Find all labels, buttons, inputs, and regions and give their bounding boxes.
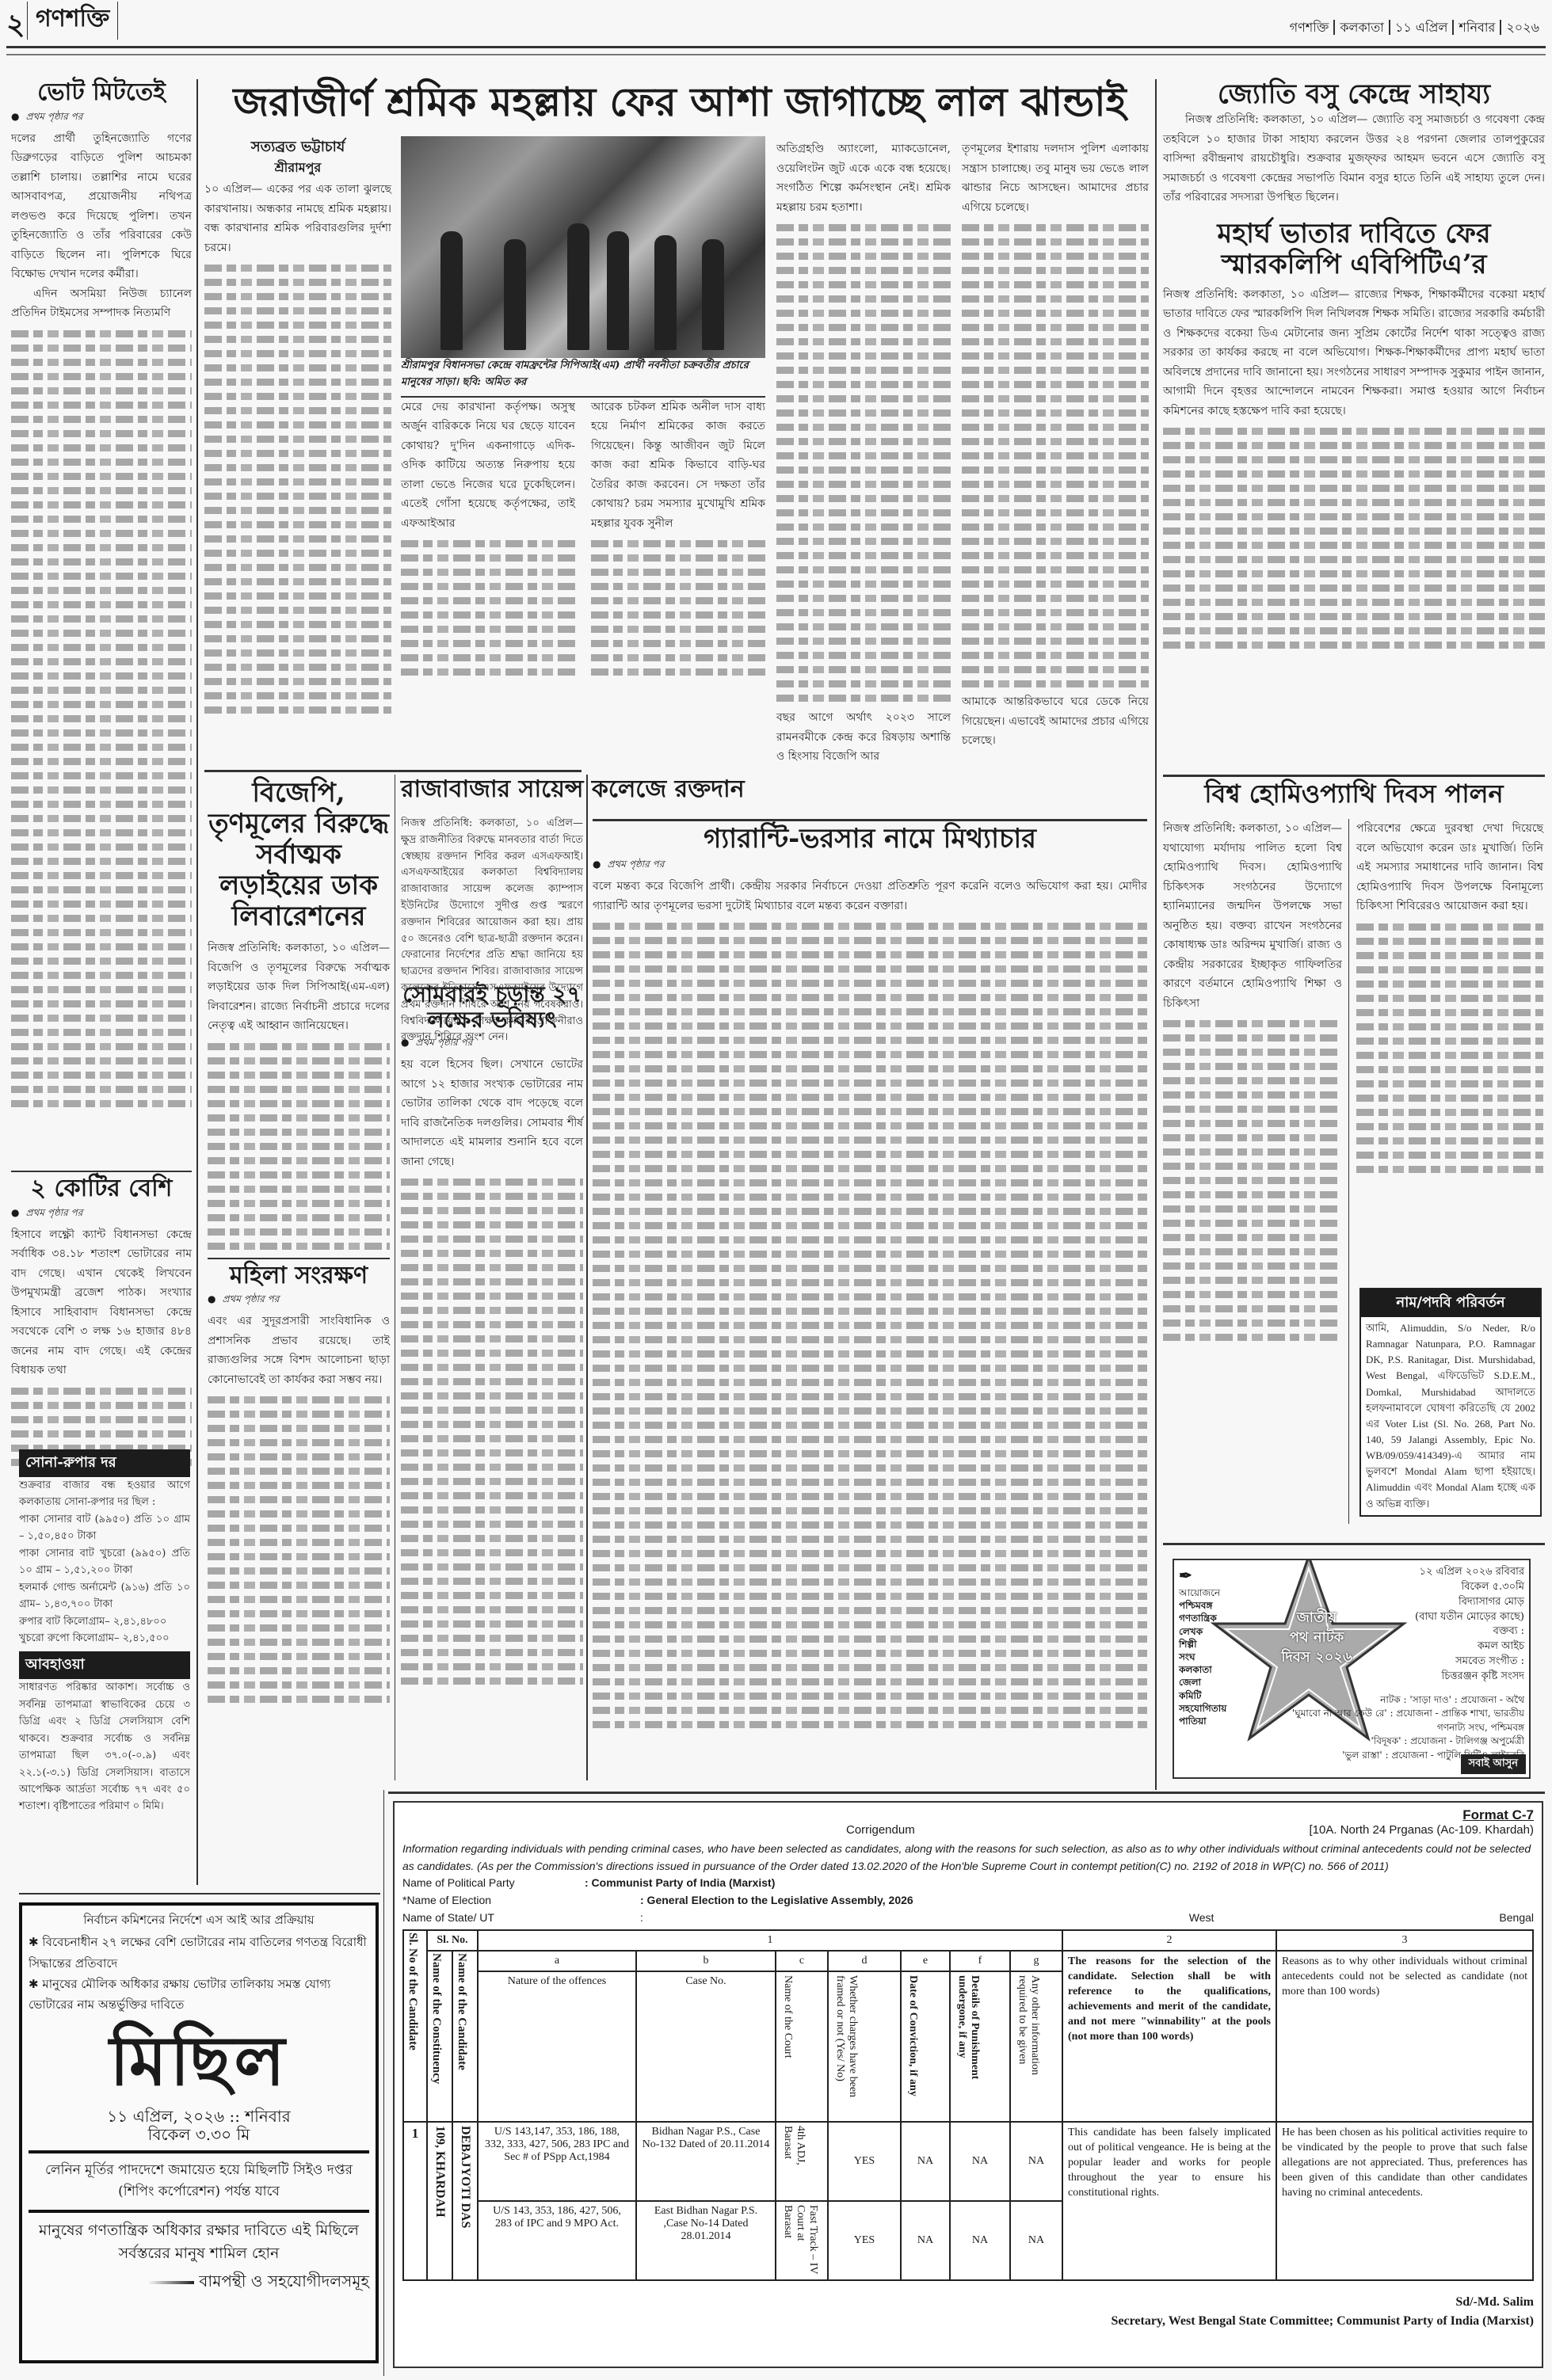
- dateline-paper: গণশক্তি: [1285, 20, 1336, 35]
- header-conviction-date: Date of Conviction, if any: [906, 1975, 919, 2096]
- notice-description: Information regarding individuals with p…: [402, 1841, 1534, 1875]
- divider: [29, 2150, 369, 2153]
- asterisk-icon: ✱: [29, 1935, 39, 1949]
- cell-other: NA: [1010, 2201, 1062, 2280]
- criminal-antecedents-notice: Format C-7 Corrigendum [10A. North 24 Pr…: [393, 1801, 1543, 2368]
- column-rule: [586, 775, 588, 1780]
- continued-from-front: প্রথম পৃষ্ঠার পর: [401, 1036, 583, 1052]
- dateline-year: ২০২৬: [1501, 20, 1544, 35]
- story-crore-headline: ২ কোটির বেশি: [11, 1175, 192, 1203]
- gold-rate-3: হলমার্ক গোল্ড অর্নামেন্ট (৯১৬) প্রতি ১০ …: [19, 1579, 190, 1613]
- organizer-line: শিল্পী: [1179, 1638, 1234, 1651]
- header-other-info: Any other information required to be giv…: [1016, 1975, 1041, 2110]
- organizer-line: জেলা: [1179, 1676, 1234, 1689]
- header-letter-e: e: [901, 1951, 950, 1971]
- dateline-day: শনিবার: [1454, 20, 1501, 35]
- byline: সত্যব্রত ভট্টাচার্য: [204, 139, 391, 156]
- page-number: ২: [6, 3, 25, 51]
- field-label: Name of State/ UT: [402, 1910, 640, 1927]
- place: শ্রীরামপুর: [204, 161, 391, 175]
- guarantee-headline: গ্যারান্টি-ভরসার নামে মিথ্যাচার: [593, 824, 1147, 855]
- organizer-line: সহযোগিতায়: [1179, 1702, 1234, 1715]
- cell-offences: U/S 143, 353, 186, 427, 506, 283 of IPC …: [478, 2201, 636, 2280]
- dateline-city: কলকাতা: [1335, 20, 1390, 35]
- rally-appeal: মানুষের গণতান্ত্রিক অধিকার রক্ষার দাবিতে…: [29, 2219, 369, 2266]
- monday-text: হয় বলে হিসেব ছিল। সেখানে ভোটের আগে ১২ হ…: [401, 1055, 583, 1171]
- gold-rate-1: পাকা সোনার বাট (৯৯৫০) প্রতি ১০ গ্রাম – ১…: [19, 1511, 190, 1545]
- play-list: নাটক : 'সাড়া দাও' : প্রযোজনা - অথৈ 'ঘুম…: [1287, 1693, 1524, 1762]
- continued-from-front: প্রথম পৃষ্ঠার পর: [11, 1206, 192, 1222]
- gold-rate-box: সোনা-রুপার দর শুক্রবার বাজার বন্ধ হওয়ার…: [19, 1449, 190, 1815]
- theatre-ad: ✒ আয়োজনে পশ্চিমবঙ্গ গণতান্ত্রিক লেখক শি…: [1173, 1559, 1531, 1779]
- event-details: ১২ এপ্রিল ২০২৬ রবিবার বিকেল ৫.৩০মি বিদ্য…: [1350, 1565, 1524, 1685]
- name-change-text: আমি, Alimuddin, S/o Neder, R/o Ramnagar …: [1361, 1317, 1540, 1515]
- continued-from-front: প্রথম পৃষ্ঠার পর: [593, 858, 1147, 874]
- header-punishment: Details of Punishment undergone, if any: [955, 1975, 981, 2110]
- main-body-col1: [204, 257, 391, 733]
- header-selection-reason: The reasons for the selection of the can…: [1068, 1955, 1271, 2042]
- column-rule: [196, 79, 198, 1885]
- divider: [593, 819, 1147, 821]
- header-constituency: Name of the Constituency: [429, 1953, 443, 2084]
- main-col-c: অতিগ্রহণ্ডি অ্যাংলো, ম্যাকডোনেল, ওয়েলিং…: [776, 139, 951, 217]
- main-col-a: মেরে দেয় কারখানা কর্তৃপক্ষ। অসুস্থ অর্জ…: [401, 398, 575, 534]
- cell-case-no: East Bidhan Nagar P.S. ,Case No-14 Dated…: [636, 2201, 776, 2280]
- header-group-3: 3: [1276, 1930, 1533, 1951]
- header-letter-c: c: [776, 1951, 828, 1971]
- gold-rate-intro: শুক্রবার বাজার বন্ধ হওয়ার আগে কলকাতায় …: [19, 1477, 190, 1511]
- table-row: 1 109, KHARDAH DEBAJYOTI DAS U/S 143,147…: [403, 2122, 1533, 2201]
- left-column: ভোট মিটতেই প্রথম পৃষ্ঠার পর দলের প্রার্থ…: [11, 79, 192, 1131]
- cell-charges: YES: [828, 2201, 901, 2280]
- name-change-notice: নাম/পদবি পরিবর্তন আমি, Alimuddin, S/o Ne…: [1359, 1288, 1542, 1517]
- rally-time: বিকেল ৩.৩০ মি: [29, 2126, 369, 2144]
- divider: [11, 1171, 192, 1172]
- story-vote-body: [11, 323, 192, 1131]
- header-letter-d: d: [828, 1951, 901, 1971]
- state-name-2: Bengal: [1499, 1910, 1534, 1927]
- header-sl-candidate: Sl. No of the Candidate: [406, 1933, 419, 2051]
- header-case-no: Case No.: [636, 1971, 776, 2122]
- main-story-col4: তৃণমূলের ইশারায় দলদাস পুলিশ এলাকায় সন্…: [962, 139, 1149, 751]
- field-colon: :: [640, 1910, 643, 1927]
- rally-title: মিছিল: [29, 2023, 369, 2101]
- play-item: 'বিদূষক' : প্রযোজনা - টালিগঞ্জ অপুর্মেত্…: [1287, 1735, 1524, 1748]
- divider: [1163, 775, 1545, 777]
- signature: Sd/-Md. Salim: [402, 2295, 1534, 2310]
- masthead: ২ গণশক্তি গণশক্তিকলকাতা১১ এপ্রিলশনিবার২০…: [0, 0, 1552, 63]
- field-label: Name of Political Party: [402, 1875, 585, 1892]
- organizer-line: কলকাতা: [1179, 1663, 1234, 1676]
- mahila-text: এবং এর সুদূরপ্রসারী সাংবিধানিক ও প্রশাসন…: [208, 1312, 390, 1389]
- story-guarantee: গ্যারান্টি-ভরসার নামে মিথ্যাচার প্রথম পৃ…: [593, 824, 1147, 1771]
- column-rule: [1155, 79, 1157, 1790]
- header-letter-a: a: [478, 1951, 636, 1971]
- column-rule: [395, 775, 395, 1780]
- main-col-d: তৃণমূলের ইশারায় দলদাস পুলিশ এলাকায় সন্…: [962, 139, 1149, 217]
- cell-sl: 1: [403, 2122, 427, 2280]
- monday-headline: সোমবারই চূড়ান্ত ২৭ লক্ষের ভবিষ্যৎ: [401, 982, 583, 1033]
- cell-others-reason: He has been chosen as his political acti…: [1276, 2122, 1533, 2280]
- weather-title: আবহাওয়া: [19, 1651, 190, 1679]
- header-nature-offences: Nature of the offences: [478, 1971, 636, 2122]
- field-label: *Name of Election: [402, 1892, 640, 1910]
- guarantee-text: বলে মন্তব্য করে বিজেপি প্রার্থী। কেন্দ্র…: [593, 877, 1147, 916]
- cell-court: 4th ADJ, Barasat: [781, 2126, 807, 2197]
- right-column: জ্যোতি বসু কেন্দ্রে সাহায্য নিজস্ব প্রতি…: [1163, 79, 1545, 658]
- rally-point-text: বিবেচনাধীন ২৭ লক্ষের বেশি ভোটারের নাম বা…: [29, 1935, 367, 1970]
- footer-banner: সবাই আসুন: [1461, 1754, 1526, 1774]
- header-group-1: 1: [478, 1930, 1062, 1951]
- dateline-date: ১১ এপ্রিল: [1390, 20, 1454, 35]
- main-col-d-end: আমাকে আন্তরিকভাবে ঘরে ডেকে নিয়ে গিয়েছে…: [962, 692, 1149, 751]
- main-headline: জরাজীর্ণ শ্রমিক মহল্লায় ফের আশা জাগাচ্ছ…: [204, 79, 1155, 125]
- divider: [1163, 1543, 1545, 1545]
- cell-constituency: 109, KHARDAH: [433, 2126, 447, 2218]
- header-court: Name of the Court: [781, 1975, 794, 2058]
- cell-punishment: NA: [950, 2201, 1010, 2280]
- name-change-title: নাম/পদবি পরিবর্তন: [1361, 1289, 1540, 1317]
- header-letter-b: b: [636, 1951, 776, 1971]
- main-lead: ১০ এপ্রিল— একের পর এক তালা ঝুলছে কারখানা…: [204, 180, 391, 257]
- notice-fields: Name of Political Party: Communist Party…: [402, 1875, 1534, 1926]
- divider: [204, 770, 582, 772]
- abpta-text: নিজস্ব প্রতিনিধি: কলকাতা, ১০ এপ্রিল— রাজ…: [1163, 285, 1545, 421]
- header-sl-no: Sl. No.: [427, 1930, 478, 1951]
- blood-headline: রাজাবাজার সায়েন্স কলেজে রক্তদান: [401, 776, 765, 804]
- divider: [388, 1792, 1545, 1794]
- party-name: : Communist Party of India (Marxist): [585, 1875, 775, 1892]
- mahila-headline: মহিলা সংরক্ষণ: [208, 1258, 390, 1290]
- event-time: বিকেল ৫.৩০মি: [1350, 1580, 1524, 1595]
- dateline: গণশক্তিকলকাতা১১ এপ্রিলশনিবার২০২৬: [1285, 17, 1544, 39]
- asterisk-icon: ✱: [29, 1977, 39, 1991]
- rally-ad: নির্বাচন কমিশনের নির্দেশে এস আই আর প্রক্…: [19, 1902, 379, 2363]
- abpta-headline: মহার্ঘ ভাতার দাবিতে ফের স্মারকলিপি এবিপি…: [1163, 219, 1545, 280]
- organizer-line: লেখক: [1179, 1625, 1234, 1638]
- cell-offences: U/S 143,147, 353, 186, 188, 332, 333, 42…: [478, 2122, 636, 2201]
- rally-signatory-text: বামপন্থী ও সহযোগীদলসমূহ: [199, 2271, 369, 2291]
- continued-from-front: প্রথম পৃষ্ঠার পর: [11, 110, 192, 126]
- organizer-line: সংঘ: [1179, 1651, 1234, 1663]
- constituency-ref: [10A. North 24 Prganas (Ac-109. Khardah): [1310, 1823, 1535, 1837]
- cell-selection-reason: This candidate has been falsely implicat…: [1062, 2122, 1276, 2280]
- story-vote-para: এদিন অসমিয়া নিউজ চ্যানেল প্রতিদিন টাইমস…: [11, 284, 192, 323]
- liberation-headline: বিজেপি, তৃণমূলের বিরুদ্ধে সর্বাত্মক লড়া…: [208, 778, 390, 932]
- blood-donation-wrap: রাজাবাজার সায়েন্স কলেজে রক্তদান: [401, 776, 585, 804]
- story-crore: ২ কোটির বেশি প্রথম পৃষ্ঠার পর হিসাবে লক্…: [11, 1175, 192, 1476]
- organizer-label: আয়োজনে: [1179, 1586, 1234, 1599]
- jyoti-text: নিজস্ব প্রতিনিধি: কলকাতা, ১০ এপ্রিল— জ্য…: [1163, 110, 1545, 208]
- speaker-label: বক্তব্য :: [1350, 1624, 1524, 1639]
- gold-rate-title: সোনা-রুপার দর: [19, 1449, 190, 1477]
- jyoti-headline: জ্যোতি বসু কেন্দ্রে সাহায্য: [1163, 79, 1545, 110]
- story-vote-headline: ভোট মিটতেই: [11, 79, 192, 107]
- organizer-line: গণতান্ত্রিক: [1179, 1612, 1234, 1624]
- homeo-col-a: নিজস্ব প্রতিনিধি: কলকাতা, ১০ এপ্রিল— যথা…: [1163, 819, 1342, 1361]
- rally-point: ✱ মানুষের মৌলিক অধিকার রক্ষায় ভোটার তাল…: [29, 1974, 369, 2016]
- main-story-col1: সত্যব্রত ভট্টাচার্য শ্রীরামপুর ১০ এপ্রিল…: [204, 139, 391, 733]
- homeo-text-b: পরিবেশের ক্ষেত্রে দুরবস্থা দেখা দিয়েছে …: [1356, 819, 1543, 916]
- rally-route: লেনিন মূর্তির পাদদেশে জমায়েত হয়ে মিছিল…: [29, 2160, 369, 2203]
- main-story: জরাজীর্ণ শ্রমিক মহল্লায় ফের আশা জাগাচ্ছ…: [204, 79, 1155, 125]
- cell-punishment: NA: [950, 2122, 1010, 2201]
- organizer-line: কমিটি: [1179, 1689, 1234, 1702]
- main-col-c-end: বছর আগে অর্থাৎ ২০২৩ সালে রামনবমীকে কেন্দ…: [776, 708, 951, 767]
- election-name: : General Election to the Legislative As…: [640, 1892, 913, 1910]
- column-rule: [383, 1790, 384, 2376]
- main-photo-block: শ্রীরামপুর বিধানসভা কেন্দ্রে বামফ্রন্টের…: [401, 136, 765, 676]
- main-col-b: আরেক চটকল শ্রমিক অনীল দাস বাধ্য হয়ে নির…: [591, 398, 765, 534]
- gold-rate-2: পাকা সোনার বাট খুচরো (৯৯৫০) প্রতি ১০ গ্র…: [19, 1545, 190, 1579]
- speaker: কমল আইচ: [1350, 1639, 1524, 1655]
- liberation-text: নিজস্ব প্রতিনিধি: কলকাতা, ১০ এপ্রিল— বিজ…: [208, 939, 390, 1036]
- divider: [19, 1893, 380, 1894]
- continued-from-front: প্রথম পৃষ্ঠার পর: [208, 1293, 390, 1308]
- story-homeopathy: বিশ্ব হোমিওপ্যাথি দিবস পালন: [1163, 779, 1545, 809]
- homeo-headline: বিশ্ব হোমিওপ্যাথি দিবস পালন: [1163, 779, 1545, 809]
- silver-rate-2: খুচরো রুপো কিলোগ্রাম– ২,৪১,৫০০: [19, 1630, 190, 1647]
- signatory-designation: Secretary, West Bengal State Committee; …: [402, 2314, 1534, 2329]
- header-letter-f: f: [950, 1951, 1010, 1971]
- cell-conviction: NA: [901, 2122, 950, 2201]
- play-item: নাটক : 'সাড়া দাও' : প্রযোজনা - অথৈ: [1287, 1693, 1524, 1707]
- organizer-line: পাতিয়া: [1179, 1715, 1234, 1727]
- rally-signatory: বামপন্থী ও সহযোগীদলসমূহ: [29, 2270, 369, 2296]
- rally-intro: নির্বাচন কমিশনের নির্দেশে এস আই আর প্রক্…: [29, 1914, 369, 1927]
- event-date: ১২ এপ্রিল ২০২৬ রবিবার: [1350, 1565, 1524, 1580]
- masthead-rule: [6, 46, 1546, 55]
- organizer-block: ✒ আয়োজনে পশ্চিমবঙ্গ গণতান্ত্রিক লেখক শি…: [1179, 1565, 1234, 1727]
- homeo-text-a: নিজস্ব প্রতিনিধি: কলকাতা, ১০ এপ্রিল— যথা…: [1163, 819, 1342, 1013]
- campaign-photo: [401, 136, 765, 358]
- criminal-cases-table: Sl. No of the Candidate Sl. No. 1 2 3 Na…: [402, 1929, 1534, 2281]
- event-venue: বিদ্যাসাগর মোড়: [1350, 1595, 1524, 1610]
- music: চিত্তরঞ্জন কৃষ্টি সংসদ: [1350, 1670, 1524, 1685]
- story-vote-lead: দলের প্রার্থী তুহিনজ্যোতি গণের ডিব্রুগড়…: [11, 129, 192, 284]
- photo-caption: শ্রীরামপুর বিধানসভা কেন্দ্রে বামফ্রন্টের…: [401, 358, 765, 391]
- rally-date: ১১ এপ্রিল, ২০২৬ :: শনিবার: [29, 2108, 369, 2126]
- organizer-line: পশ্চিমবঙ্গ: [1179, 1599, 1234, 1612]
- rally-point-text: মানুষের মৌলিক অধিকার রক্ষায় ভোটার তালিক…: [29, 1977, 330, 2012]
- header-letter-g: g: [1010, 1951, 1062, 1971]
- story-crore-lead: হিসাবে লক্ষ্ণৌ ক্যান্ট বিধানসভা কেন্দ্রে…: [11, 1225, 192, 1380]
- cell-charges: YES: [828, 2122, 901, 2201]
- column-rule: [1348, 819, 1349, 1524]
- main-story-col3: অতিগ্রহণ্ডি অ্যাংলো, ম্যাকডোনেল, ওয়েলিং…: [776, 139, 951, 767]
- cell-candidate: DEBAJYOTI DAS: [458, 2126, 472, 2228]
- state-name-1: West: [1189, 1910, 1215, 1927]
- cell-conviction: NA: [901, 2201, 950, 2280]
- cell-other: NA: [1010, 2122, 1062, 2201]
- quill-icon: ✒: [1179, 1565, 1234, 1586]
- cell-court: Fast Track – IV Court at Barasat: [781, 2205, 819, 2276]
- music-label: সমবেত সংগীত :: [1350, 1655, 1524, 1670]
- format-label: Format C-7: [402, 1807, 1534, 1823]
- corrigendum-title: Corrigendum: [846, 1823, 915, 1837]
- play-item: 'ঘুমাবো না আর কেউ রে' : প্রযোজনা - প্রান…: [1287, 1707, 1524, 1735]
- header-charges-framed: Whether charges have been framed or not …: [833, 1975, 859, 2110]
- cell-case-no: Bidhan Nagar P.S., Case No-132 Dated of …: [636, 2122, 776, 2201]
- header-group-2: 2: [1062, 1930, 1276, 1951]
- rally-point: ✱ বিবেচনাধীন ২৭ লক্ষের বেশি ভোটারের নাম …: [29, 1932, 369, 1974]
- paper-name: গণশক্তি: [27, 2, 118, 40]
- header-others-reason: Reasons as to why other individuals with…: [1276, 1951, 1533, 2122]
- homeo-col-b: পরিবেশের ক্ষেত্রে দুরবস্থা দেখা দিয়েছে …: [1356, 819, 1543, 1201]
- silver-rate-1: রুপার বাট কিলোগ্রাম– ২,৪১,৪৮০০: [19, 1613, 190, 1630]
- divider: [29, 2210, 369, 2213]
- weather-text: সাধারণত পরিষ্কার আকাশ। সর্বোচ্চ ও সর্বনি…: [19, 1679, 190, 1815]
- story-monday: সোমবারই চূড়ান্ত ২৭ লক্ষের ভবিষ্যৎ প্রথম…: [401, 982, 583, 1710]
- header-candidate: Name of the Candidate: [455, 1953, 468, 2070]
- event-venue-note: (বাঘা যতীন মোড়ের কাছে): [1350, 1610, 1524, 1625]
